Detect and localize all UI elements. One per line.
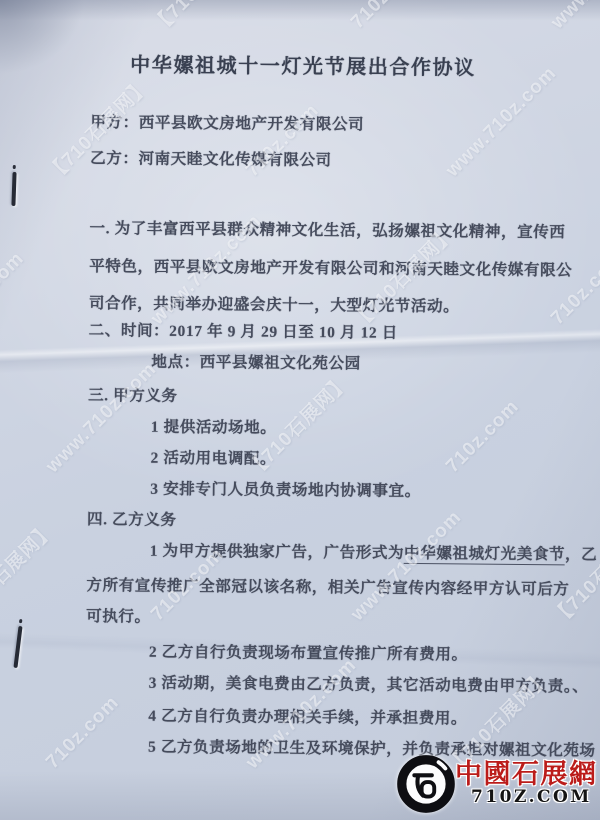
item1-prefix-text: 1 为甲方提供独家广告，广告形式为 (150, 543, 404, 562)
section3-item1: 1 提供活动场地。 (151, 415, 277, 438)
section3-item2: 2 活动用电调配。 (150, 446, 276, 469)
section4-heading: 四. 乙方义务 (87, 507, 177, 530)
section4-item2: 2 乙方自行负责现场布置宣传推广所有费用。 (149, 640, 468, 665)
section2-time-line: 二、时间：2017 年 9 月 29 日至 10 月 12 日 (89, 318, 398, 343)
site-name-text: 中國石展網 (455, 752, 598, 791)
section4-item1-line3: 可执行。 (86, 604, 151, 627)
section1-line1: 一. 为了丰富西平县群众精神文化生活，弘扬嫘祖文化精神，宣传西 (89, 216, 565, 242)
section3-heading: 三. 甲方义务 (88, 383, 178, 406)
agreement-page: 中华嫘祖城十一灯光节展出合作协议 甲方：西平县欧文房地产开发有限公司 乙方：河南… (0, 0, 600, 820)
section3-item3: 3 安排专门人员负责场地内协调事宜。 (150, 477, 421, 501)
site-url-text: 710Z.COM (471, 787, 592, 807)
site-logo: 中國石展網 710Z.COM (393, 752, 599, 818)
section4-item3: 3 活动期，美食电费由乙方负责，其它活动电费由甲方负责。、 (149, 671, 589, 697)
section2-place-line: 地点：西平县嫘祖文化苑公园 (151, 350, 360, 374)
party-b-line: 乙方：河南天睦文化传媒有限公司 (90, 146, 332, 170)
section1-line2: 平特色，西平县欧文房地产开发有限公司和河南天睦文化传媒有限公 (89, 254, 572, 280)
section4-item1-line1: 1 为甲方提供独家广告，广告形式为中华嫘祖城灯光美食节，乙 (150, 539, 598, 565)
party-a-line: 甲方：西平县欧文房地产开发有限公司 (90, 110, 364, 134)
event-name-underlined: 中华嫘祖城灯光美食节 (404, 545, 565, 565)
document-photo: 中华嫘祖城十一灯光节展出合作协议 甲方：西平县欧文房地产开发有限公司 乙方：河南… (0, 0, 600, 820)
stone-seal-icon (395, 753, 457, 815)
page-title: 中华嫘祖城十一灯光节展出合作协议 (3, 47, 600, 81)
section4-item1-line2: 方所有宣传推广全部冠以该名称，相关广告宣传内容经甲方认可后方 (86, 573, 569, 599)
section1-line3: 司合作，共同举办迎盛会庆十一，大型灯光节活动。 (89, 291, 459, 316)
section4-item4: 4 乙方自行负责办理相关手续，并承担费用。 (148, 704, 467, 729)
item1-suffix-text: ，乙 (565, 546, 597, 563)
